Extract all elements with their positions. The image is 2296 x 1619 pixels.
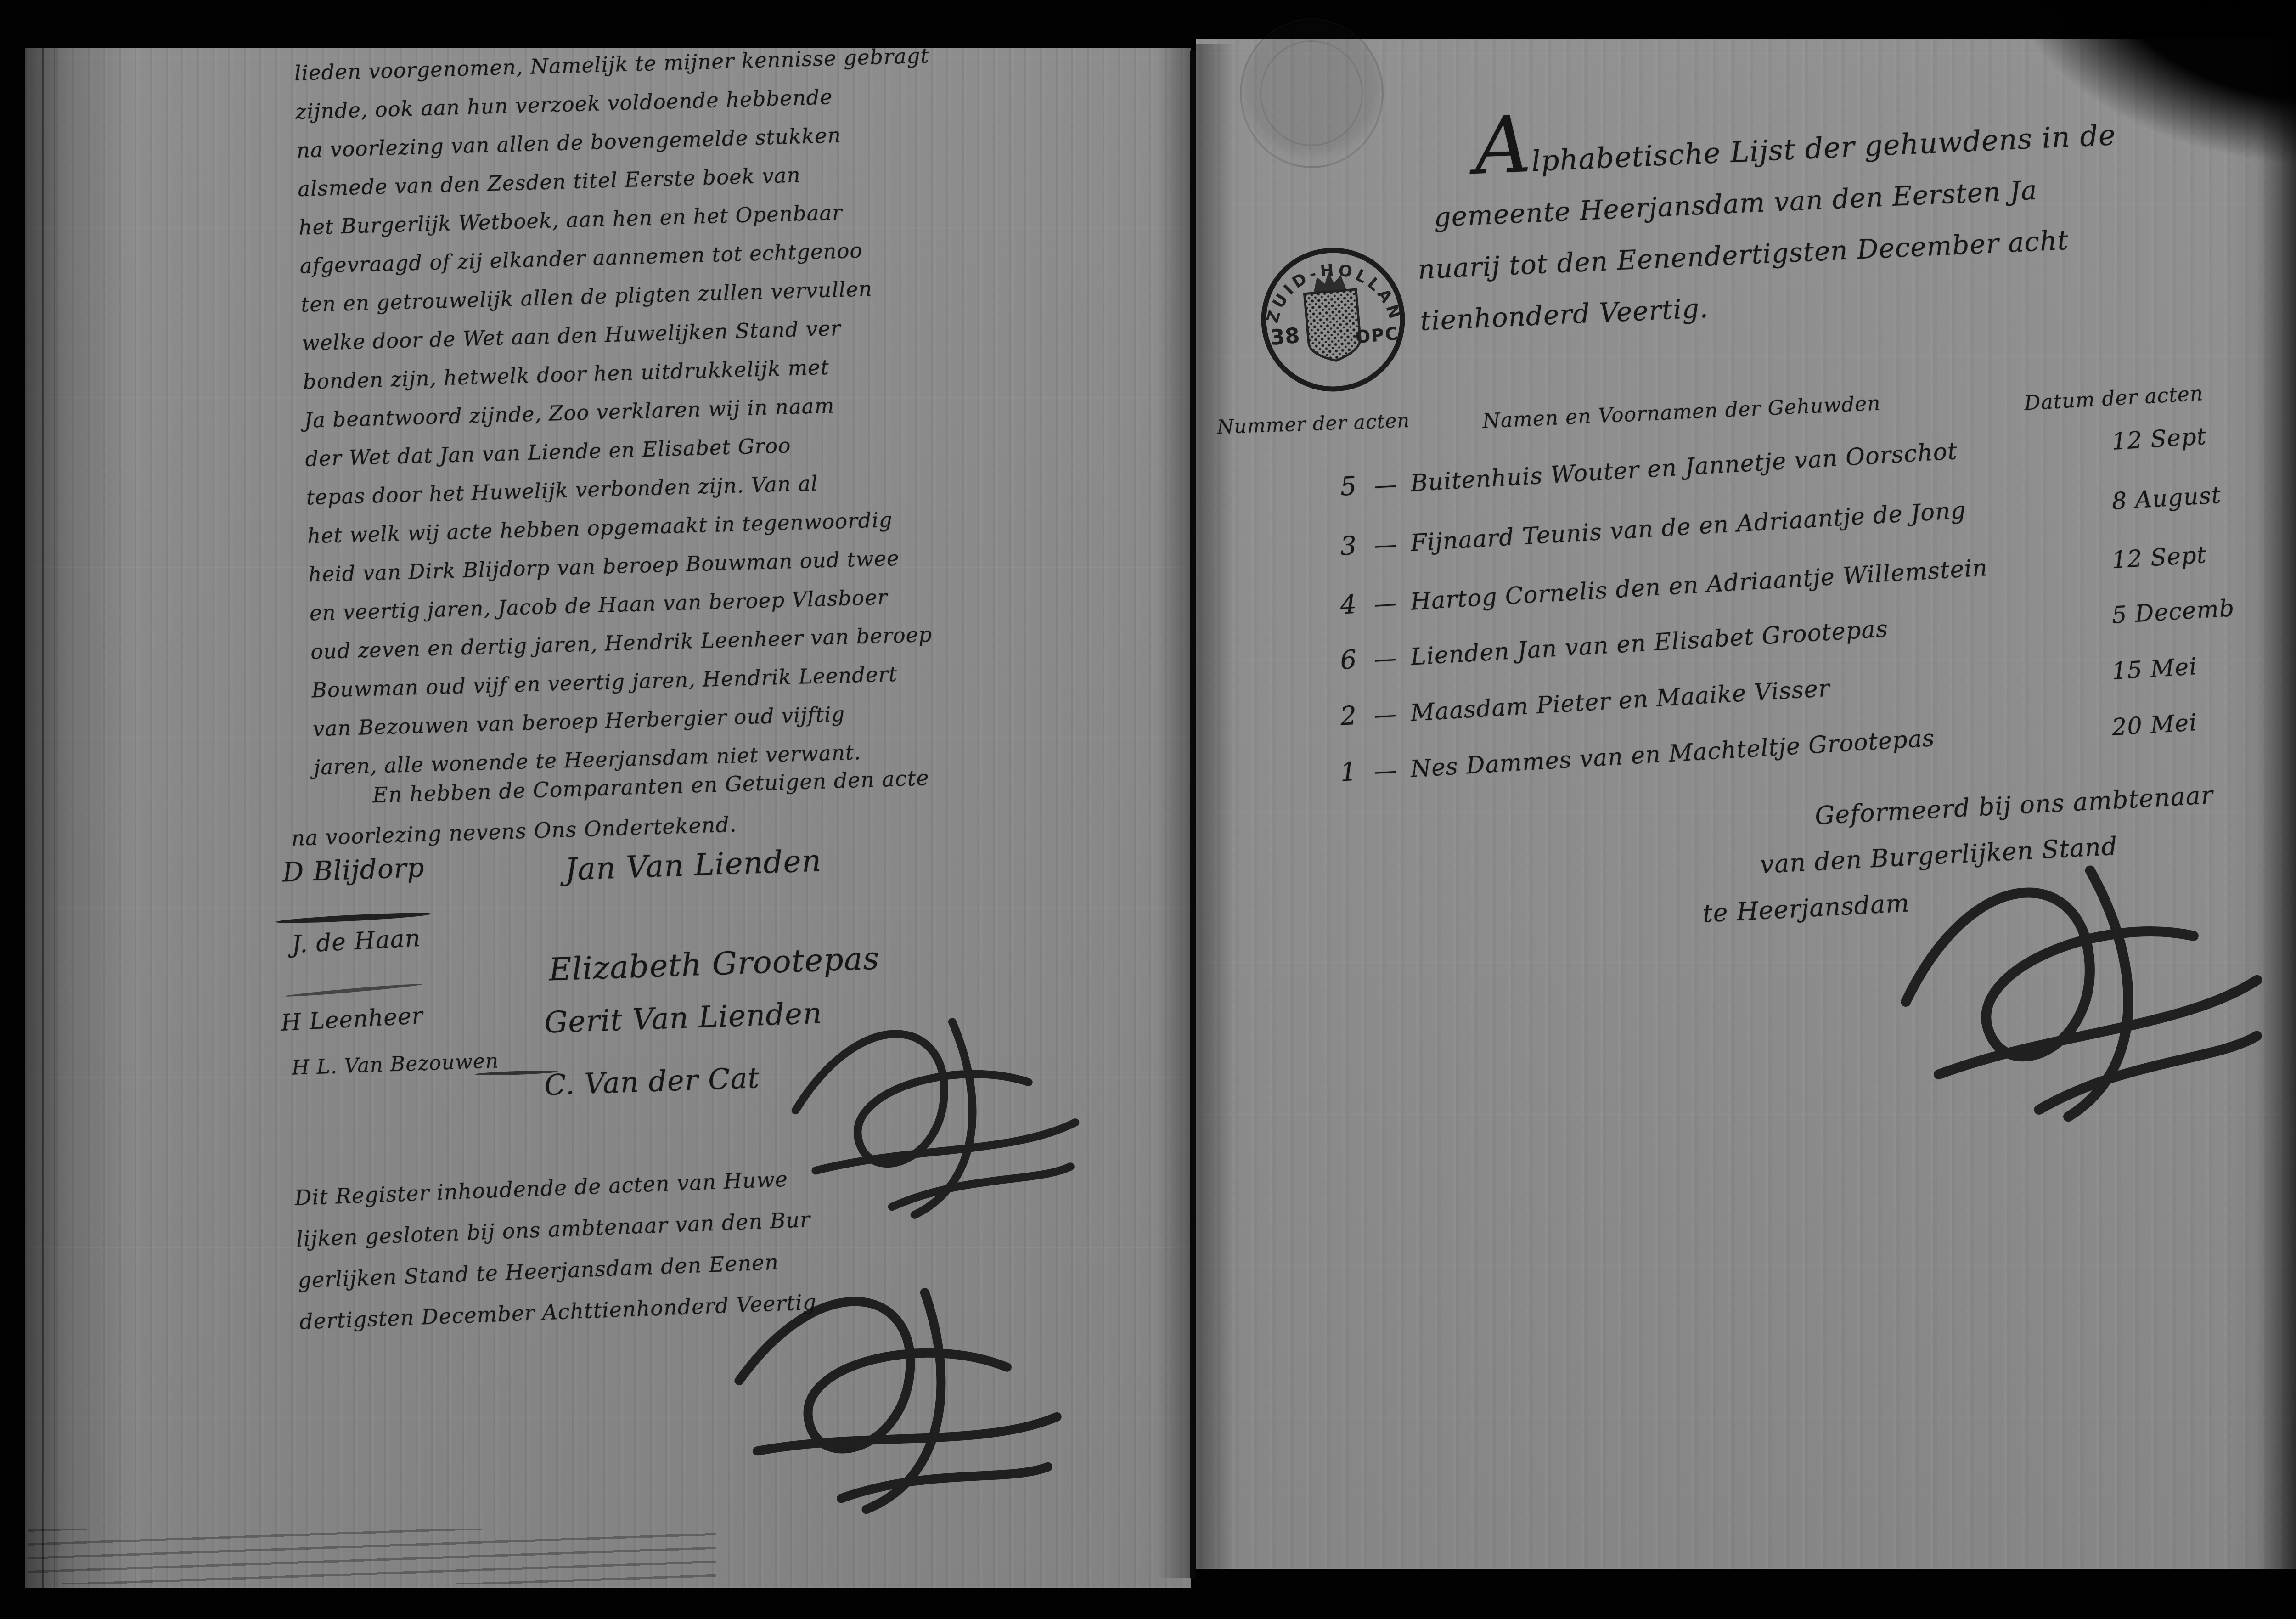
row-act-date: 12 Sept — [2111, 423, 2207, 456]
page-bottom-wear-streaks — [28, 1529, 716, 1584]
row-dash: — — [1373, 644, 1411, 673]
row-act-number: 4 — [1322, 588, 1375, 621]
row-act-number: 1 — [1322, 756, 1375, 788]
row-dash: — — [1373, 530, 1411, 559]
binding-crease — [42, 48, 44, 1588]
binding-crease-thin — [54, 48, 55, 1588]
stamp-code-label: OPC — [1355, 324, 1400, 348]
row-act-number: 2 — [1322, 699, 1375, 732]
page-gutter-shadow — [1157, 44, 1235, 1578]
zuid-holland-stamp: ZUID-HOLLAND 38 OPC — [1250, 237, 1416, 402]
registrar-signature-flourish — [1857, 788, 2294, 1159]
row-act-date: 20 Mei — [2111, 709, 2198, 741]
page-gutter-line — [1190, 50, 1196, 1579]
row-act-number: 3 — [1322, 530, 1375, 562]
row-act-date: 12 Sept — [2111, 542, 2207, 574]
signature-witness-blijdorp: D Blijdorp — [282, 852, 425, 888]
row-act-number: 5 — [1322, 470, 1375, 502]
embossed-seal-inner-ring — [1260, 40, 1363, 146]
embossed-seal-watermark — [1240, 18, 1384, 168]
row-act-date: 15 Mei — [2111, 653, 2198, 685]
row-dash: — — [1373, 589, 1411, 618]
row-dash: — — [1373, 700, 1411, 729]
row-dash: — — [1373, 470, 1411, 499]
scan-corner-vignette — [1807, 0, 2296, 367]
registrar-signature-flourish — [688, 1222, 1103, 1543]
marriage-act-text: lieden voorgenomen, Namelijk te mijner k… — [294, 30, 1177, 787]
scan-edge-vignette — [2257, 0, 2296, 1619]
row-act-number: 6 — [1322, 643, 1375, 676]
row-dash: — — [1373, 756, 1411, 785]
scanned-register-spread: lieden voorgenomen, Namelijk te mijner k… — [0, 0, 2296, 1619]
stamp-number-label: 38 — [1269, 323, 1301, 350]
